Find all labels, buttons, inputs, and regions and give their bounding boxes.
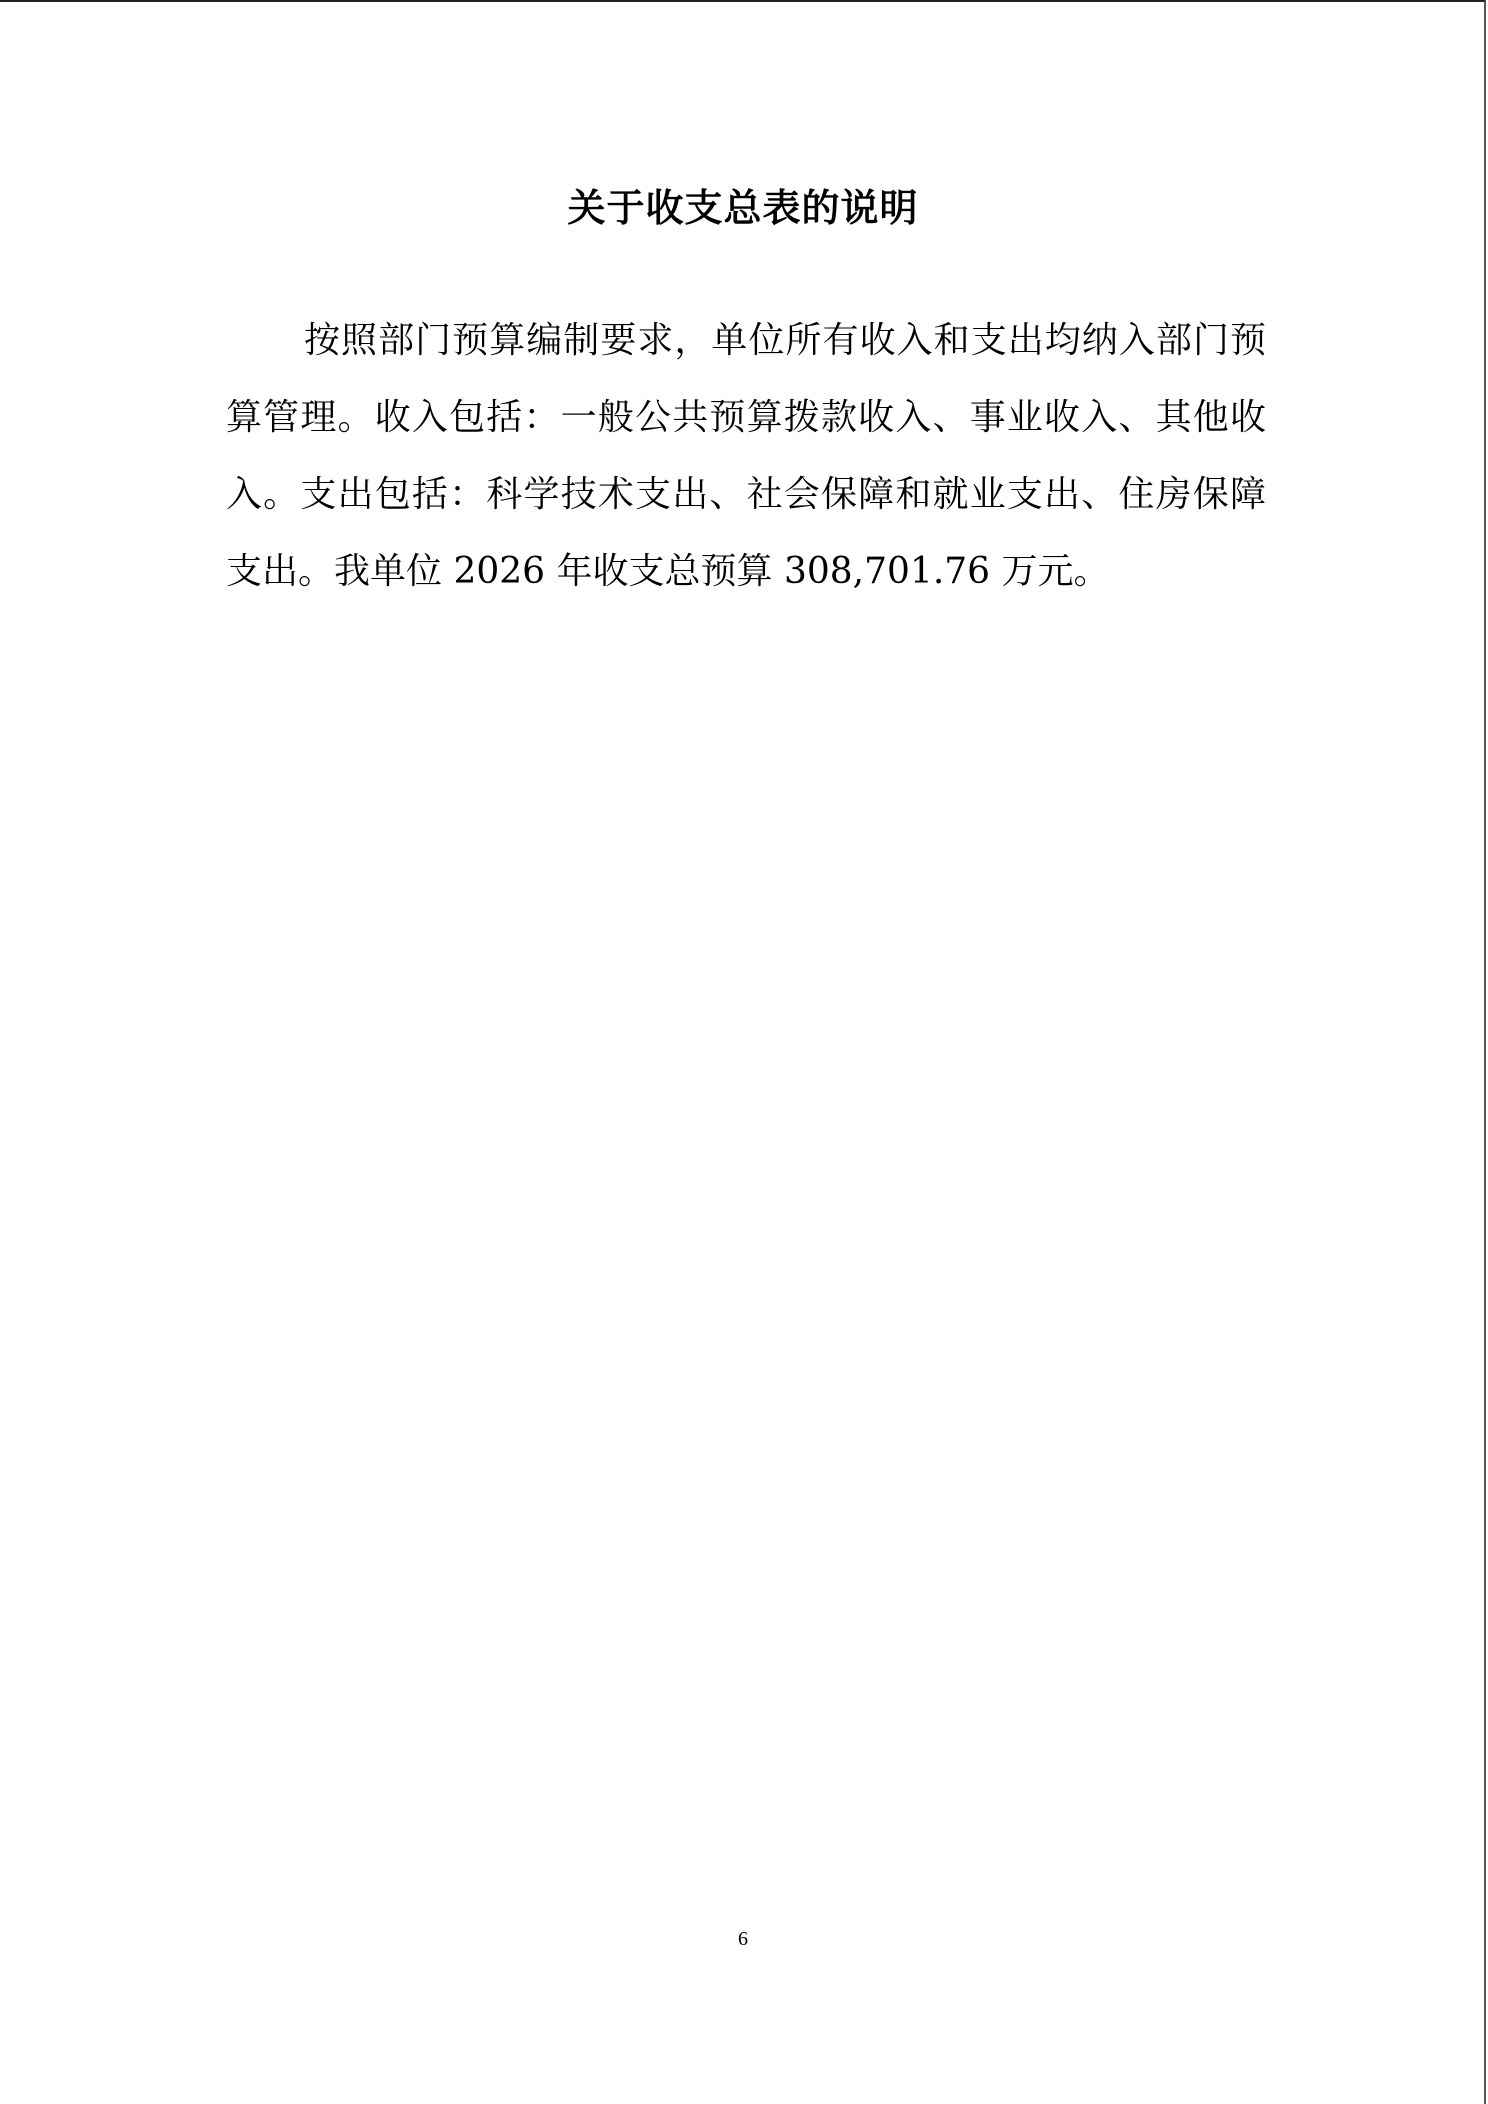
page-number: 6 (0, 1928, 1486, 1951)
document-page: 关于收支总表的说明 按照部门预算编制要求，单位所有收入和支出均纳入部门预算管理。… (0, 0, 1486, 2104)
page-title: 关于收支总表的说明 (0, 184, 1486, 232)
body-paragraph: 按照部门预算编制要求，单位所有收入和支出均纳入部门预算管理。收入包括：一般公共预… (226, 302, 1266, 610)
